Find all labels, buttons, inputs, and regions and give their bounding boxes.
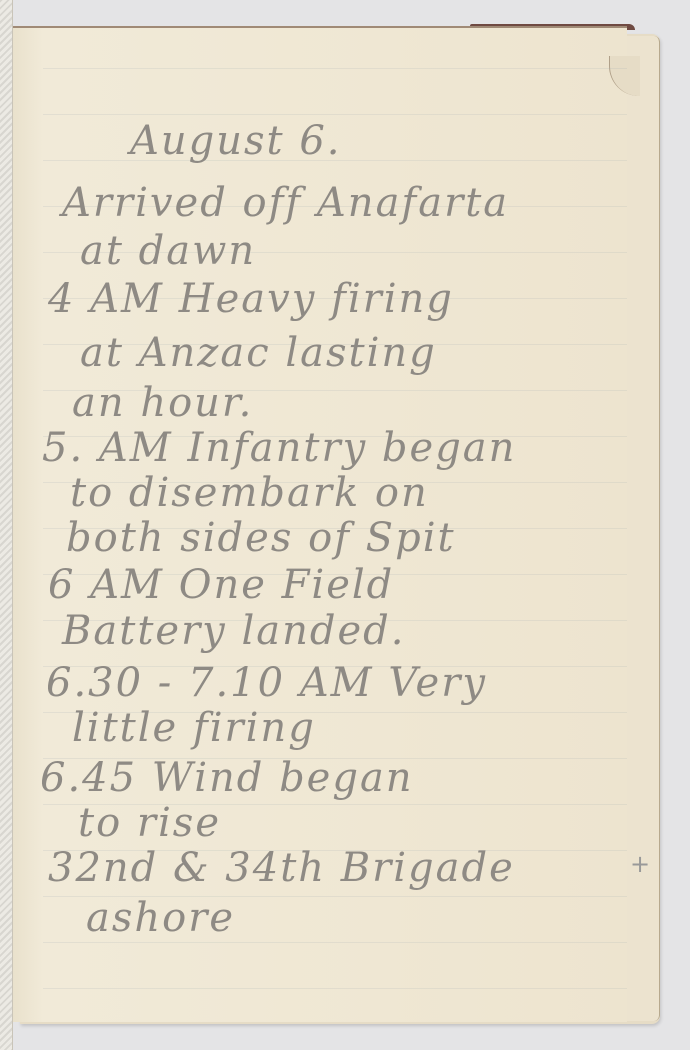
handwritten-line: 6 AM One Field bbox=[48, 562, 394, 608]
handwritten-line: 6.45 Wind began bbox=[40, 755, 414, 801]
folded-corner bbox=[609, 56, 640, 96]
ruled-line bbox=[43, 114, 627, 115]
handwritten-line: 5. AM Infantry began bbox=[42, 425, 516, 471]
handwritten-line: at Anzac lasting bbox=[80, 330, 437, 376]
handwritten-line: to disembark on bbox=[70, 470, 429, 516]
handwritten-line: both sides of Spit bbox=[66, 515, 456, 561]
ruled-line bbox=[43, 68, 627, 69]
margin-mark: + bbox=[630, 850, 650, 878]
handwritten-line: little firing bbox=[72, 705, 316, 751]
handwritten-line: to rise bbox=[78, 800, 221, 846]
ruled-line bbox=[43, 942, 627, 943]
handwritten-line: August 6. bbox=[130, 118, 342, 164]
book-spine bbox=[0, 0, 13, 1050]
handwritten-line: 32nd & 34th Brigade bbox=[48, 845, 515, 891]
handwritten-line: 6.30 - 7.10 AM Very bbox=[46, 660, 487, 706]
handwritten-line: 4 AM Heavy firing bbox=[48, 276, 454, 322]
ruled-line bbox=[43, 988, 627, 989]
handwritten-line: an hour. bbox=[72, 380, 253, 426]
handwritten-line: at dawn bbox=[80, 228, 256, 274]
handwritten-line: Battery landed. bbox=[62, 608, 406, 654]
handwritten-line: Arrived off Anafarta bbox=[62, 180, 509, 226]
handwritten-line: ashore bbox=[86, 895, 235, 941]
